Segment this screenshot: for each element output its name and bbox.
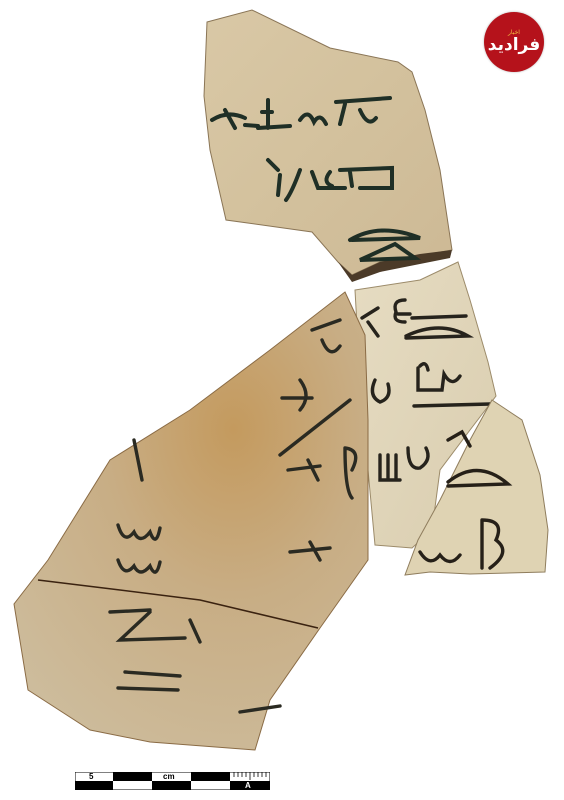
large-left-fragment	[14, 292, 368, 750]
ostracon-photograph	[0, 0, 564, 800]
scale-label-cm: cm	[163, 773, 175, 781]
scale-bar: 5 cm A	[75, 772, 270, 790]
site-logo: اخبار فرادید	[484, 12, 544, 72]
scale-label-5: 5	[89, 773, 93, 781]
upper-fragment	[204, 10, 452, 282]
logo-text: فرادید	[488, 37, 540, 54]
scale-label-a: A	[245, 782, 251, 790]
